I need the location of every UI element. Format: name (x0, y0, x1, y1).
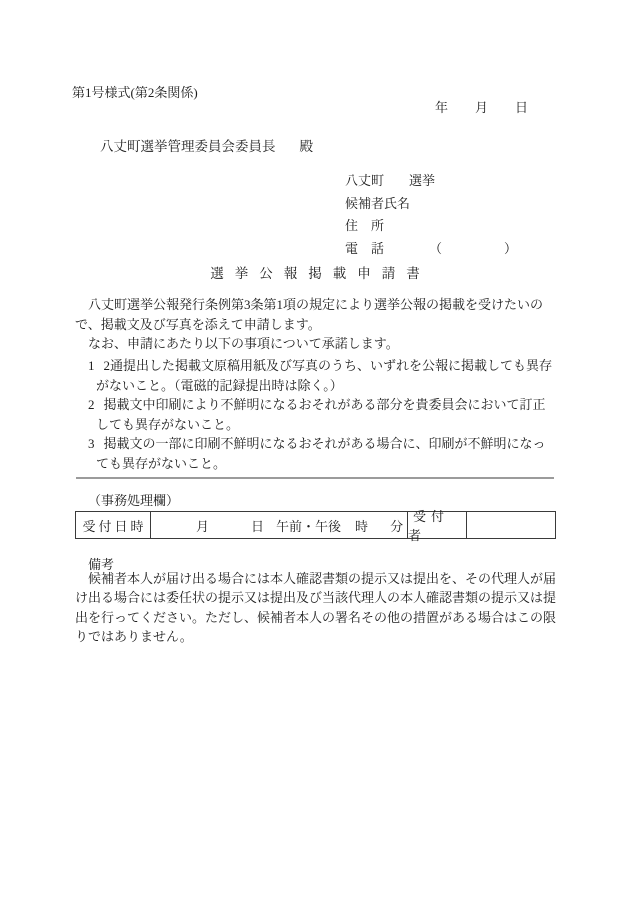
town-label: 八丈町 (345, 173, 384, 188)
consent-list: 12通提出した掲載文原稿用紙及び写真のうち、いずれを公報に掲載しても異存がないこ… (75, 356, 558, 474)
consent-item-3-text: 掲載文の一部に印刷不鮮明になるおそれがある場合に、印刷が不鮮明になっても異存がな… (96, 436, 546, 471)
election-label: 選挙 (409, 173, 435, 188)
minute-label: 分 (390, 516, 403, 535)
reception-datetime-header: 受付日時 (76, 512, 151, 538)
phone-paren-open: （ (429, 241, 442, 256)
office-processing-table: 受付日時 月 日 午前・午後 時 分 受付者 (75, 511, 556, 539)
phone-paren-close: ） (504, 241, 517, 256)
phone-label: 電 話 (345, 241, 384, 256)
hour-label: 時 (355, 516, 368, 535)
address-label: 住 所 (345, 218, 384, 233)
day-label: 日 (251, 516, 264, 535)
consent-item-1-number: 1 (88, 356, 95, 376)
remarks-paragraph: 候補者本人が届け出る場合には本人確認書類の提示又は提出を、その代理人が届け出る場… (75, 569, 558, 646)
section-divider (76, 477, 554, 479)
addressee-honorific: 殿 (300, 139, 314, 154)
addressee-name: 八丈町選挙管理委員会委員長 (100, 139, 276, 154)
date-day-label: 日 (515, 97, 528, 116)
remarks-body: 候補者本人が届け出る場合には本人確認書類の提示又は提出を、その代理人が届け出る場… (75, 569, 558, 646)
office-section-label: （事務処理欄） (88, 490, 179, 509)
body-paragraph-1: 八丈町選挙公報発行条例第3条第1項の規定により選挙公報の掲載を受けたいので、掲載… (75, 295, 558, 334)
month-label: 月 (196, 516, 209, 535)
body-paragraphs: 八丈町選挙公報発行条例第3条第1項の規定により選挙公報の掲載を受けたいので、掲載… (75, 295, 558, 354)
consent-item-3-number: 3 (88, 434, 95, 454)
consent-item-1-text: 2通提出した掲載文原稿用紙及び写真のうち、いずれを公報に掲載しても異存がないこと… (96, 358, 552, 393)
phone-line: 電 話（） (345, 238, 517, 261)
date-month-label: 月 (475, 97, 488, 116)
consent-item-2: 2掲載文中印刷により不鮮明になるおそれがある部分を貴委員会において訂正しても異存… (75, 395, 558, 434)
date-year-label: 年 (435, 97, 448, 116)
election-line: 八丈町選挙 (345, 170, 517, 193)
candidate-name-label: 候補者氏名 (345, 196, 410, 211)
receptionist-header: 受付者 (408, 512, 467, 538)
applicant-block: 八丈町選挙 候補者氏名 住 所 電 話（） (345, 170, 517, 260)
consent-item-1: 12通提出した掲載文原稿用紙及び写真のうち、いずれを公報に掲載しても異存がないこ… (75, 356, 558, 395)
consent-item-2-number: 2 (88, 395, 95, 415)
receptionist-value-cell (467, 512, 555, 538)
candidate-name-line: 候補者氏名 (345, 193, 517, 216)
consent-item-3: 3掲載文の一部に印刷不鮮明になるおそれがある場合に、印刷が不鮮明になっても異存が… (75, 434, 558, 473)
date-line: 年 月 日 (0, 97, 528, 116)
body-paragraph-2: なお、申請にあたり以下の事項について承諾します。 (75, 334, 558, 354)
reception-datetime-cell: 月 日 午前・午後 時 分 (151, 512, 408, 538)
application-form-page: 第1号様式(第2条関係) 年 月 日 八丈町選挙管理委員会委員長殿 八丈町選挙 … (0, 0, 630, 903)
document-title: 選挙公報掲載申請書 (0, 262, 630, 282)
consent-item-2-text: 掲載文中印刷により不鮮明になるおそれがある部分を貴委員会において訂正しても異存が… (96, 397, 546, 432)
ampm-label: 午前・午後 (276, 516, 341, 535)
addressee-line: 八丈町選挙管理委員会委員長殿 (100, 135, 313, 155)
address-line: 住 所 (345, 215, 517, 238)
